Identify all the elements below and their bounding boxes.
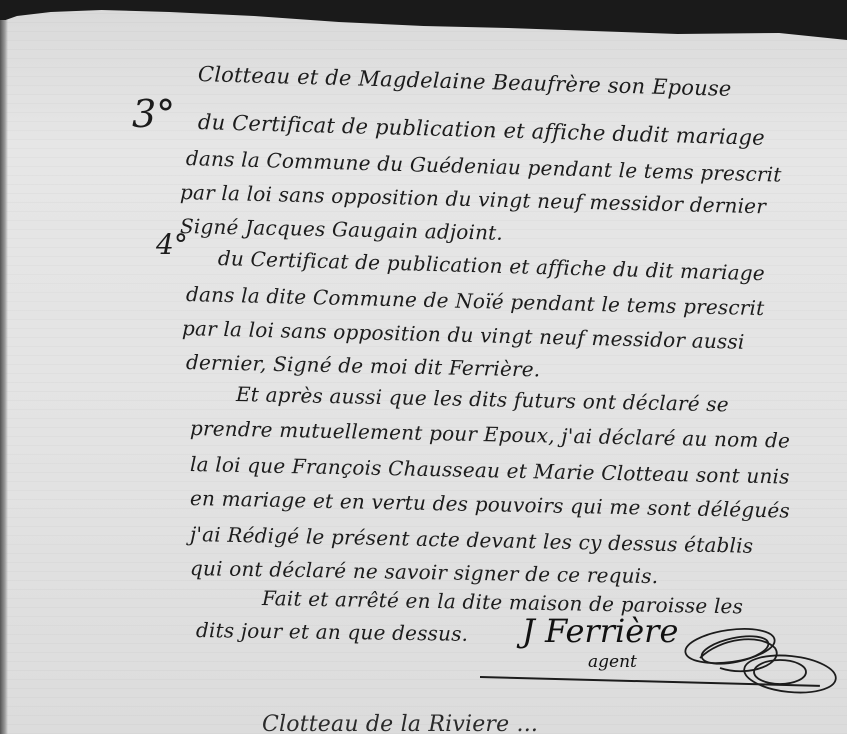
signature-paraph-icon [680, 618, 840, 700]
closing-line-2: dits jour et an que dessus. [196, 618, 469, 646]
item-number-3: 3° [132, 92, 175, 136]
signature-name: J Ferrière [522, 612, 678, 650]
page-edge-shadow [0, 20, 8, 734]
next-entry-fragment: Clotteau de la Riviere ... [262, 712, 538, 734]
item-number-4: 4° [156, 228, 188, 261]
signature-title: agent [588, 652, 637, 672]
